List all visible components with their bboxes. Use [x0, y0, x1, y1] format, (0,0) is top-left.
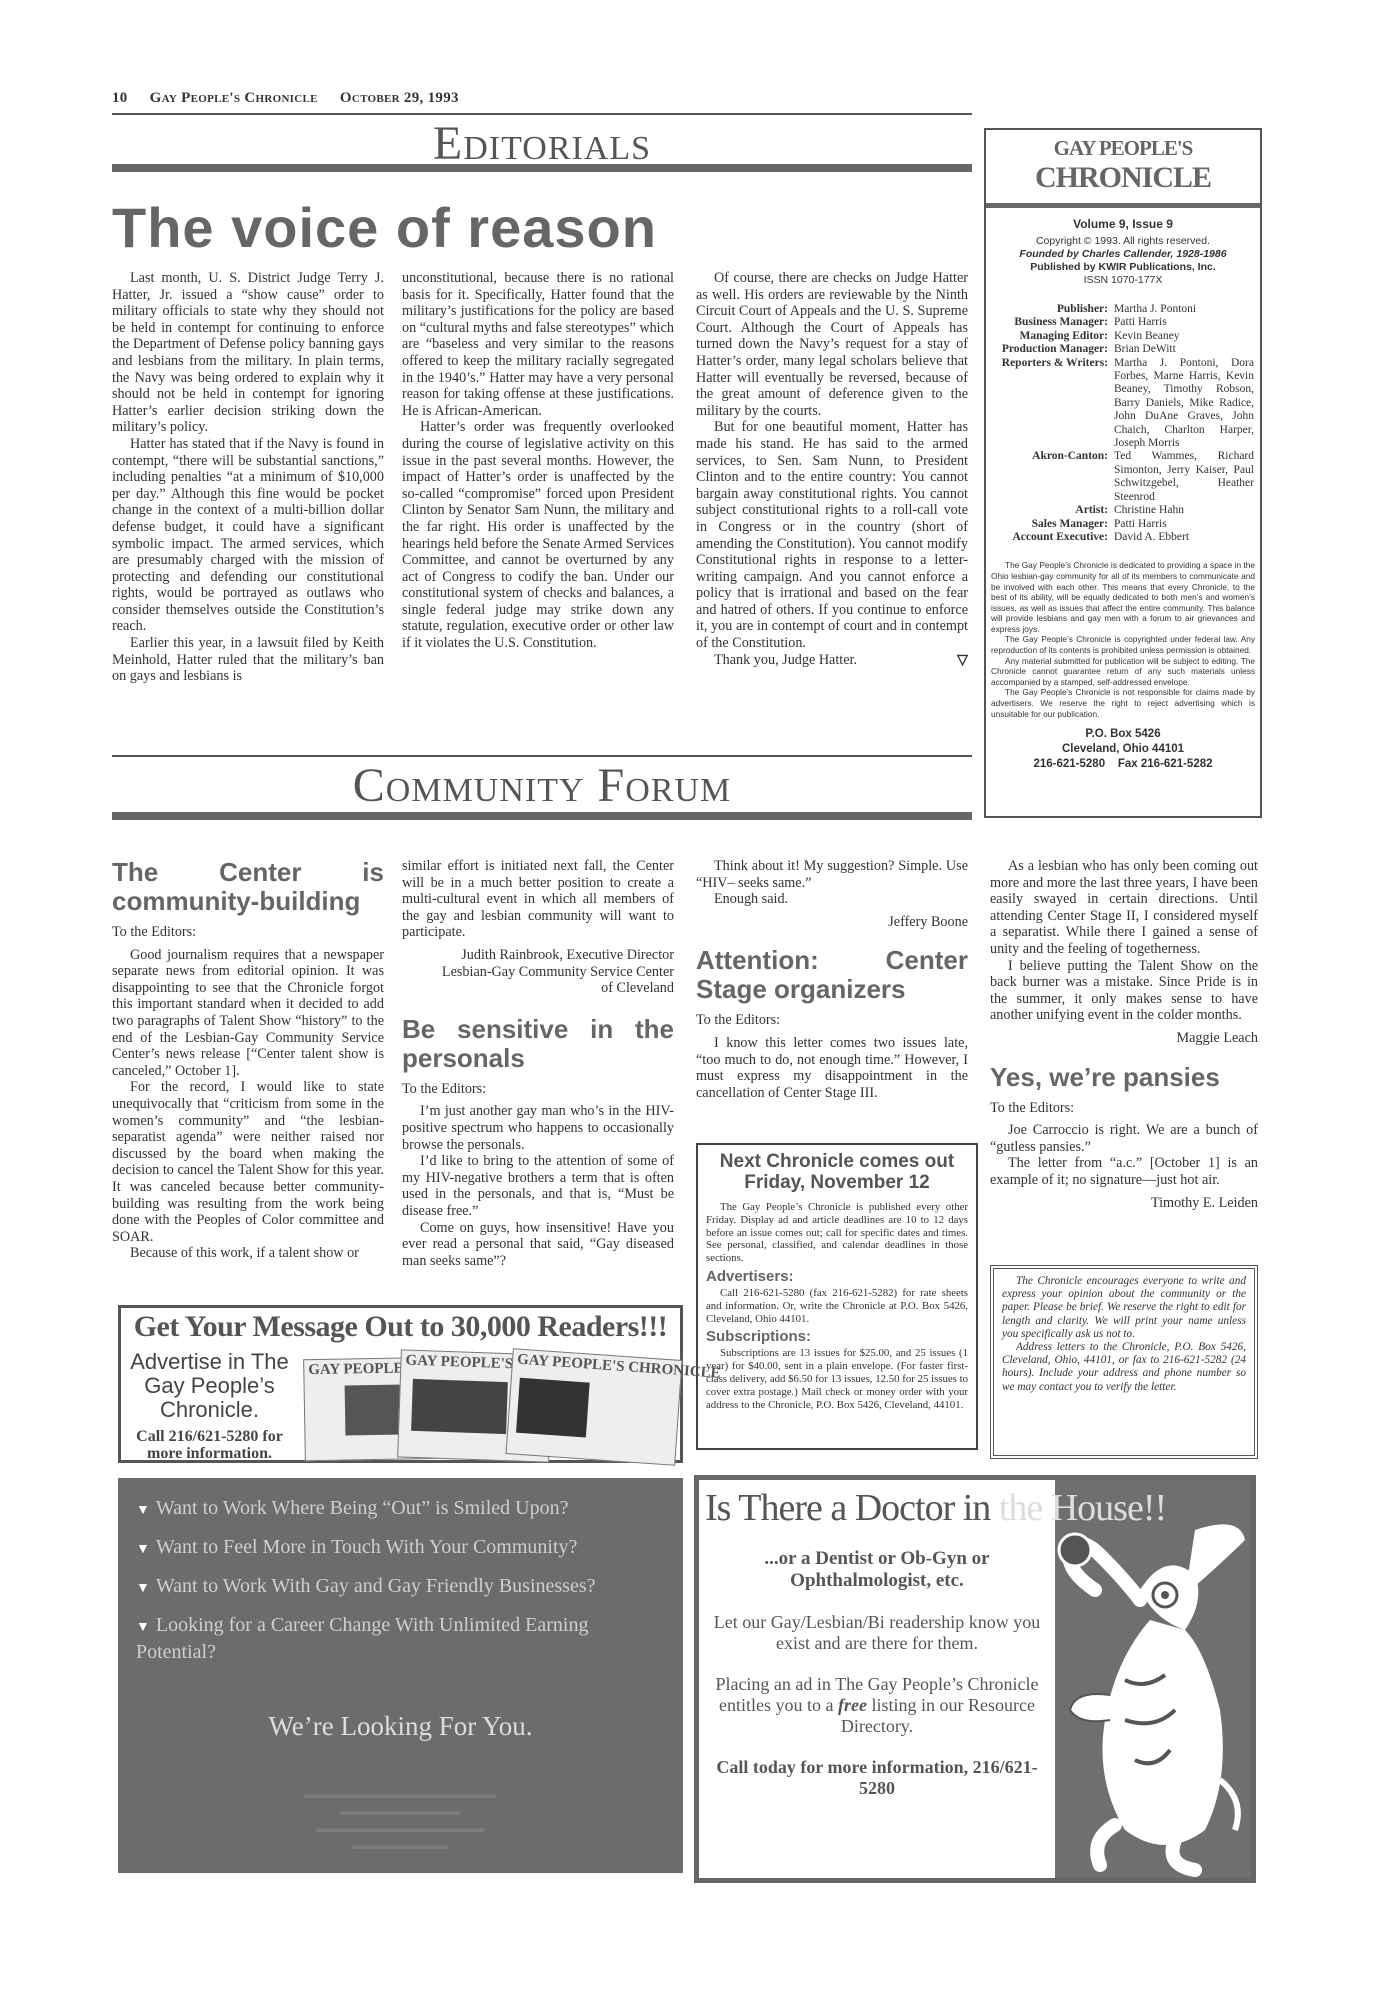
next-issue-headline: Next Chronicle comes out Friday, Novembe…: [706, 1151, 968, 1193]
newspaper-collage-image: GAY PEOPLE'S CHR GAY PEOPLE'S CHRO GAY P…: [304, 1350, 679, 1460]
triangle-bullet-icon: ▼: [136, 1503, 150, 1518]
letter-headline: Yes, we’re pansies: [990, 1063, 1258, 1092]
subscriptions-title: Subscriptions:: [706, 1328, 968, 1345]
forum-column-4: As a lesbian who has only been coming ou…: [990, 858, 1258, 1211]
recruitment-item: ▼Want to Work With Gay and Gay Friendly …: [136, 1574, 671, 1601]
staff-row: Managing Editor:Kevin Beaney: [986, 330, 1260, 343]
published-by: Published by KWIR Publications, Inc.: [986, 261, 1260, 274]
cartoon-dog-panel: [1055, 1480, 1251, 1878]
end-mark-icon: ▽: [939, 652, 968, 669]
cartoon-dog-icon: [1055, 1480, 1251, 1878]
doctor-ad: Is There a Doctor in the House!! ...or a…: [694, 1475, 1256, 1883]
forum-top-rule: [112, 755, 972, 757]
letter-paragraph: As a lesbian who has only been coming ou…: [990, 858, 1258, 958]
editorial-paragraph: But for one beautiful moment, Hatter has…: [696, 419, 968, 651]
staff-row: Sales Manager:Patti Harris: [986, 518, 1260, 531]
advertisers-title: Advertisers:: [706, 1268, 968, 1285]
folio-rule: [112, 113, 972, 115]
staff-row: Production Manager:Brian DeWitt: [986, 343, 1260, 356]
doctor-ad-line1: ...or a Dentist or Ob-Gyn or Ophthalmolo…: [707, 1548, 1047, 1592]
staff-row: Publisher:Martha J. Pontoni: [986, 303, 1260, 316]
page-number: 10: [112, 90, 128, 106]
staff-row: Artist:Christine Hahn: [986, 504, 1260, 517]
letter-paragraph: Enough said.: [696, 891, 968, 908]
editorial-headline: The voice of reason: [112, 195, 657, 260]
letter-signature: Maggie Leach: [990, 1030, 1258, 1047]
editorial-paragraph: unconstitutional, because there is no ra…: [402, 270, 674, 419]
masthead-meta: Volume 9, Issue 9 Copyright © 1993. All …: [986, 218, 1260, 287]
editorial-paragraph: Hatter has stated that if the Navy is fo…: [112, 436, 384, 635]
publication-name: Gay People's Chronicle: [150, 90, 318, 106]
salutation: To the Editors:: [402, 1081, 674, 1098]
forum-column-3: Think about it! My suggestion? Simple. U…: [696, 858, 968, 1101]
letter-paragraph: Good journalism requires that a newspape…: [112, 947, 384, 1080]
recruitment-fine-print: ▬▬▬▬▬▬▬▬▬▬▬▬▬▬▬▬▬▬▬▬▬▬▬▬▬▬▬▬▬▬▬▬▬▬▬▬▬▬▬▬…: [138, 1786, 663, 1854]
editorials-section-title: Editorials: [112, 116, 972, 171]
salutation: To the Editors:: [696, 1012, 968, 1029]
triangle-bullet-icon: ▼: [136, 1581, 150, 1596]
triangle-bullet-icon: ▼: [136, 1620, 150, 1635]
editorial-paragraph: Hatter’s order was frequently overlooked…: [402, 419, 674, 651]
editorial-paragraph: Last month, U. S. District Judge Terry J…: [112, 270, 384, 436]
letter-paragraph: I know this letter comes two issues late…: [696, 1035, 968, 1101]
letter-paragraph: For the record, I would like to state un…: [112, 1079, 384, 1245]
forum-column-1: The Center is community-building To the …: [112, 858, 384, 1262]
letter-headline: Attention: Center Stage organizers: [696, 946, 968, 1004]
volume-issue: Volume 9, Issue 9: [986, 218, 1260, 231]
forum-rule: [112, 812, 972, 820]
editorial-paragraph: Of course, there are checks on Judge Hat…: [696, 270, 968, 419]
letter-signature: Jeffery Boone: [696, 914, 968, 931]
editorial-column-1: Last month, U. S. District Judge Terry J…: [112, 270, 384, 685]
issn: ISSN 1070-177X: [986, 274, 1260, 287]
letter-paragraph: Come on guys, how insensitive! Have you …: [402, 1220, 674, 1270]
fax-number: Fax 216-621-5282: [1118, 758, 1213, 770]
forum-section-title: Community Forum: [112, 758, 972, 813]
editorial-column-2: unconstitutional, because there is no ra…: [402, 270, 674, 652]
forum-column-2: similar effort is initiated next fall, t…: [402, 858, 674, 1269]
masthead-box: Gay People's CHRONICLE Volume 9, Issue 9…: [984, 128, 1262, 818]
letter-signature: Lesbian-Gay Community Service Center: [402, 964, 674, 981]
recruitment-item: ▼Want to Feel More in Touch With Your Co…: [136, 1535, 671, 1562]
masthead-policy: The Gay People’s Chronicle is dedicated …: [986, 560, 1260, 719]
staff-row: Business Manager:Patti Harris: [986, 316, 1260, 329]
ad-headline: Get Your Message Out to 30,000 Readers!!…: [121, 1310, 680, 1344]
page-folio: 10 Gay People's Chronicle October 29, 19…: [112, 90, 477, 107]
letters-policy-box: The Chronicle encourages everyone to wri…: [990, 1265, 1258, 1459]
staff-list: Publisher:Martha J. Pontoni Business Man…: [986, 303, 1260, 544]
subscriptions-text: Subscriptions are 13 issues for $25.00, …: [706, 1347, 968, 1411]
advertise-ad: Get Your Message Out to 30,000 Readers!!…: [118, 1305, 683, 1463]
recruitment-list: ▼Want to Work Where Being “Out” is Smile…: [118, 1478, 683, 1664]
phone-number: 216-621-5280: [1033, 758, 1105, 770]
doctor-ad-headline: Is There a Doctor in the House!!: [699, 1486, 1257, 1530]
triangle-bullet-icon: ▼: [136, 1542, 150, 1557]
doctor-ad-line3: Placing an ad in The Gay People’s Chroni…: [707, 1674, 1047, 1737]
masthead-address: P.O. Box 5426 Cleveland, Ohio 44101 216-…: [986, 727, 1260, 772]
letter-paragraph: Joe Carroccio is right. We are a bunch o…: [990, 1122, 1258, 1155]
recruitment-item: ▼Looking for a Career Change With Unlimi…: [136, 1613, 671, 1664]
letter-signature: of Cleveland: [402, 980, 674, 997]
editorial-closing: Thank you, Judge Hatter.▽: [696, 652, 968, 669]
recruitment-slogan: We’re Looking For You.: [118, 1711, 683, 1742]
ad-phone: Call 216/621-5280 for more information.: [127, 1428, 292, 1462]
letter-paragraph: I’m just another gay man who’s in the HI…: [402, 1103, 674, 1153]
letter-paragraph: Think about it! My suggestion? Simple. U…: [696, 858, 968, 891]
editorial-column-3: Of course, there are checks on Judge Hat…: [696, 270, 968, 668]
next-issue-intro: The Gay People’s Chronicle is published …: [706, 1201, 968, 1265]
masthead-logo: Gay People's CHRONICLE: [986, 130, 1260, 208]
doctor-ad-line2: Let our Gay/Lesbian/Bi readership know y…: [707, 1612, 1047, 1654]
next-issue-box: Next Chronicle comes out Friday, Novembe…: [696, 1143, 978, 1450]
salutation: To the Editors:: [112, 924, 384, 941]
letter-paragraph: Because of this work, if a talent show o…: [112, 1245, 384, 1262]
ad-text: Advertise in The Gay People’s Chronicle.: [127, 1350, 292, 1422]
staff-row: Akron-Canton:Ted Wammes, Richard Simonto…: [986, 450, 1260, 504]
copyright: Copyright © 1993. All rights reserved.: [986, 235, 1260, 248]
editorials-rule: [112, 164, 972, 172]
letter-paragraph: I’d like to bring to the attention of so…: [402, 1153, 674, 1219]
letter-signature: Judith Rainbrook, Executive Director: [402, 947, 674, 964]
founded: Founded by Charles Callender, 1928-1986: [986, 248, 1260, 261]
letter-headline: The Center is community-building: [112, 858, 384, 916]
recruitment-item: ▼Want to Work Where Being “Out” is Smile…: [136, 1496, 671, 1523]
staff-row: Account Executive:David A. Ebbert: [986, 531, 1260, 544]
advertisers-text: Call 216-621-5280 (fax 216-621-5282) for…: [706, 1287, 968, 1325]
letter-paragraph: I believe putting the Talent Show on the…: [990, 958, 1258, 1024]
letter-signature: Timothy E. Leiden: [990, 1195, 1258, 1212]
editorial-paragraph: Earlier this year, in a lawsuit filed by…: [112, 635, 384, 685]
doctor-ad-call: Call today for more information, 216/621…: [707, 1757, 1047, 1799]
letter-paragraph: The letter from “a.c.” [October 1] is an…: [990, 1155, 1258, 1188]
letter-headline: Be sensitive in the personals: [402, 1015, 674, 1073]
salutation: To the Editors:: [990, 1100, 1258, 1117]
recruitment-ad: ▼Want to Work Where Being “Out” is Smile…: [118, 1478, 683, 1873]
staff-row: Reporters & Writers:Martha J. Pontoni, D…: [986, 357, 1260, 451]
issue-date: October 29, 1993: [340, 90, 459, 106]
letter-paragraph: similar effort is initiated next fall, t…: [402, 858, 674, 941]
